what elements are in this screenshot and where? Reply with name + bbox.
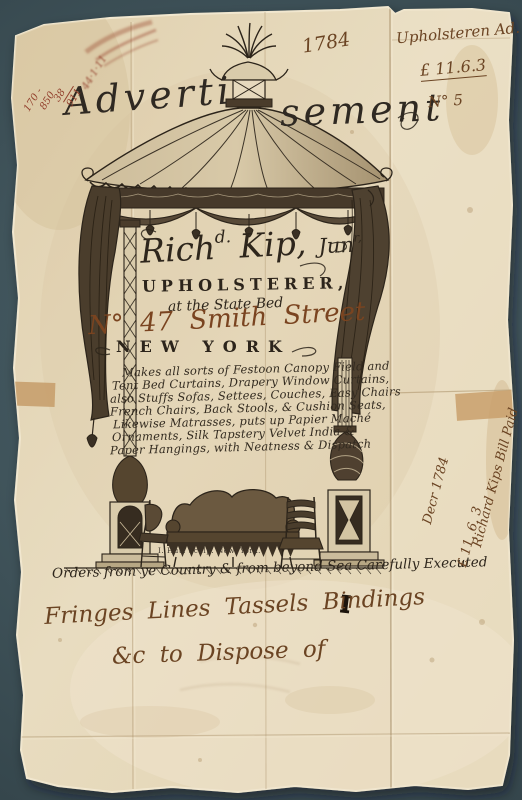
docket-upholsterer-ad: Upholsteren Ad. xyxy=(395,19,520,48)
sum-line: 44·1·11 xyxy=(80,54,110,92)
docket-number: N° 5 xyxy=(427,91,463,111)
text-layer: Adverti sement 1784 170 - 850 38 911 44·… xyxy=(0,0,522,800)
profession-upholsterer: UPHOLSTERER, xyxy=(142,273,349,296)
sum-line: 911 xyxy=(63,86,84,109)
city-new-york: NEW YORK xyxy=(116,337,291,356)
docket-amount: £ 11.6.3 xyxy=(419,55,487,82)
name-sup-r: r, xyxy=(353,230,362,244)
handwritten-address: N° 47 Smith Street xyxy=(87,297,366,341)
name-jun: Jun xyxy=(318,233,355,259)
red-ink-sums: 170 - 850 38 911 44·1·11 xyxy=(8,40,118,140)
title-advertisement-part2: sement xyxy=(279,85,445,135)
name-rich: Rich xyxy=(139,228,216,271)
photograph-of-trade-card: Adverti sement 1784 170 - 850 38 911 44·… xyxy=(0,0,522,800)
handwritten-year: 1784 xyxy=(301,28,352,57)
bottom-note-line1: Fringes Lines Tassels Bindings xyxy=(44,584,426,630)
engraver-credit: I. Hutt Sculp. New. York. xyxy=(158,547,261,555)
name-kip: Kip, xyxy=(238,223,307,265)
proprietor-name: Richd.Kip,Junr, xyxy=(139,220,363,271)
margin-docket-date: Decr 1784 xyxy=(420,456,452,526)
orders-line: Orders from ye Country & from beyond Sea… xyxy=(52,554,488,581)
bottom-note-line2: &c to Dispose of xyxy=(112,636,326,669)
name-sup-d: d. xyxy=(214,227,231,248)
